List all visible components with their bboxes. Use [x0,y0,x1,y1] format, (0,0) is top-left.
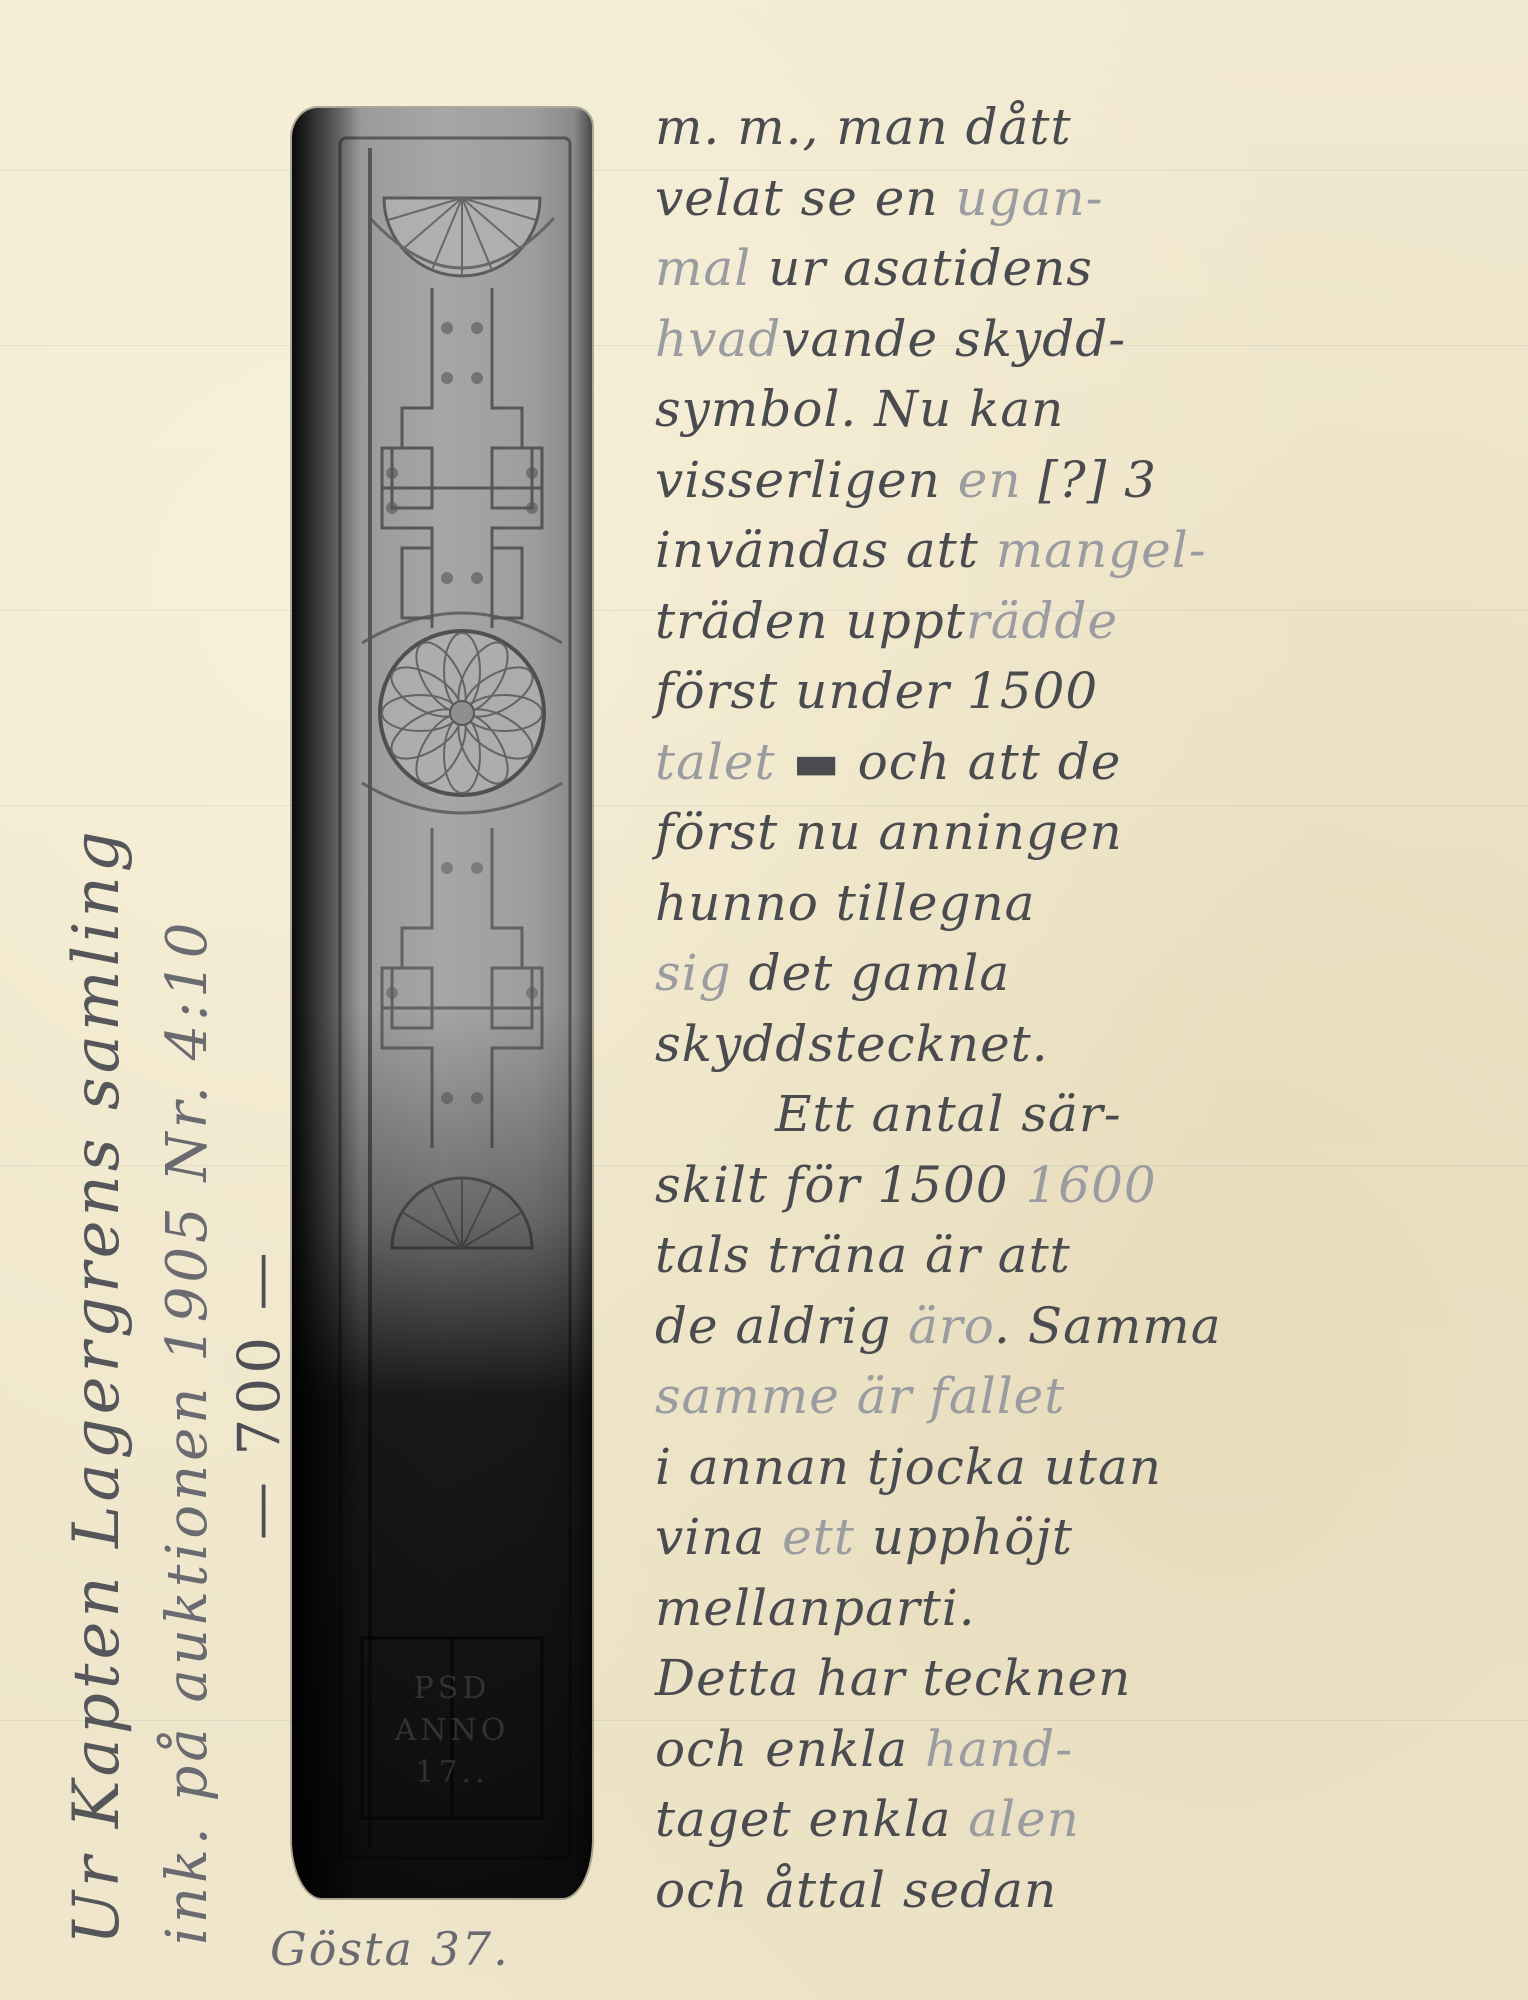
line-text: vina [655,1508,782,1566]
line-text: m. m., man dått [655,98,1072,156]
handwritten-line: i annan tjocka utan [655,1432,1515,1503]
handwritten-line: och enkla hand- [655,1714,1515,1785]
handwritten-line: träden uppträdde [655,586,1515,657]
inscription-line-1: PSD [372,1668,532,1710]
handwritten-line: först under 1500 [655,656,1515,727]
line-text: hunno tillegna [655,874,1035,932]
handwritten-line: Detta har tecknen [655,1643,1515,1714]
line-text: skyddstecknet. [655,1015,1049,1073]
line-text-faint: ugan- [955,169,1103,227]
photo-dark-overlay [292,108,592,1898]
line-text-faint: hvad [655,310,781,368]
line-text-faint: rädde [966,592,1118,650]
line-text-after: [?] 3 [1022,451,1157,509]
handwritten-line: hvadvande skydd- [655,304,1515,375]
line-text-after: det gamla [732,944,1011,1002]
line-text-faint: ett [782,1508,855,1566]
handwritten-line: m. m., man dått [655,92,1515,163]
line-text-faint: äro [908,1297,994,1355]
handwritten-line: de aldrig äro. Samma [655,1291,1515,1362]
line-text-faint: alen [968,1790,1080,1848]
handwritten-line: visserligen en [?] 3 [655,445,1515,516]
line-text-after: . Samma [994,1297,1221,1355]
handwritten-text-column: m. m., man dåttvelat se en ugan-mal ur a… [655,92,1515,1925]
handwritten-line: hunno tillegna [655,868,1515,939]
handwritten-line: talet ▬ och att de [655,727,1515,798]
margin-annotation-line-2: ink. på auktionen 1905 Nr. 4:10 [155,919,220,1945]
handwritten-line: skyddstecknet. [655,1009,1515,1080]
handwritten-line: skilt för 1500 1600 [655,1150,1515,1221]
handwritten-line: Ett antal sär- [655,1079,1515,1150]
handwritten-line: mellanparti. [655,1573,1515,1644]
line-text: Detta har tecknen [655,1649,1131,1707]
line-text: mellanparti. [655,1579,976,1637]
handwritten-line: först nu anningen [655,797,1515,868]
handwritten-line: symbol. Nu kan [655,374,1515,445]
line-text-faint: hand- [925,1720,1073,1778]
line-text-after: upphöjt [855,1508,1073,1566]
line-text-faint: mal [655,239,751,297]
line-text-faint: 1600 [1025,1156,1156,1214]
line-text: och åttal sedan [655,1861,1057,1919]
handwritten-line: tals träna är att [655,1220,1515,1291]
line-text: i annan tjocka utan [655,1438,1162,1496]
margin-annotation-line-3: — 700 — [225,1248,293,1540]
handwritten-line: invändas att mangel- [655,515,1515,586]
line-text: invändas att [655,521,996,579]
line-text-after: vande skydd- [781,310,1126,368]
handwritten-line: sig det gamla [655,938,1515,1009]
handwritten-line: och åttal sedan [655,1855,1515,1926]
line-text: först under 1500 [655,662,1098,720]
line-text: tals träna är att [655,1226,1071,1284]
line-text-faint: en [958,451,1022,509]
line-text-faint: sig [655,944,732,1002]
inscription-line-2: ANNO [372,1710,532,1752]
handwritten-line: samme är fallet [655,1361,1515,1432]
line-text: de aldrig [655,1297,908,1355]
line-text: symbol. Nu kan [655,380,1064,438]
line-text-after: ▬ och att de [776,733,1122,791]
line-text-faint: mangel- [996,521,1207,579]
line-text: först nu anningen [655,803,1123,861]
margin-annotation-line-1: Ur Kapten Lagergrens samling [60,827,134,1945]
handwritten-line: velat se en ugan- [655,163,1515,234]
line-text: skilt för 1500 [655,1156,1025,1214]
line-text-faint: samme är fallet [655,1367,1065,1425]
line-text-faint: talet [655,733,776,791]
handwritten-line: taget enkla alen [655,1784,1515,1855]
carved-inscription: PSD ANNO 17.. [372,1668,532,1794]
carved-board-photograph: PSD ANNO 17.. [292,108,592,1898]
line-text: velat se en [655,169,955,227]
margin-annotation: Ur Kapten Lagergrens samling ink. på auk… [20,60,310,1940]
line-text: taget enkla [655,1790,968,1848]
line-text: Ett antal sär- [775,1085,1122,1143]
handwritten-line: vina ett upphöjt [655,1502,1515,1573]
inscription-line-3: 17.. [372,1752,532,1794]
photo-caption: Gösta 37. [270,1922,510,1976]
line-text: visserligen [655,451,958,509]
line-text: träden uppt [655,592,966,650]
line-text: och enkla [655,1720,925,1778]
line-text-after: ur asatidens [751,239,1093,297]
handwritten-line: mal ur asatidens [655,233,1515,304]
